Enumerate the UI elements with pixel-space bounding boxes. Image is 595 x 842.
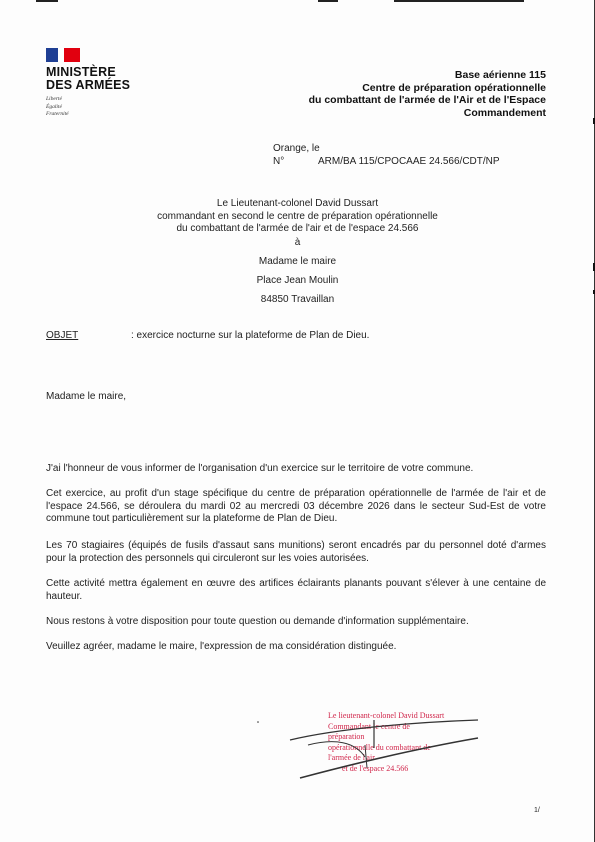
republic-flag-logo — [46, 48, 80, 62]
place-and-reference: Orange, le N°ARM/BA 115/CPOCAAE 24.566/C… — [273, 143, 500, 168]
body-paragraph: Cette activité mettra également en œuvre… — [46, 578, 546, 603]
subject-text: : exercice nocturne sur la plateforme de… — [131, 330, 369, 341]
sender-header: Base aérienne 115 Centre de préparation … — [309, 69, 546, 119]
header-line: Commandement — [309, 107, 546, 120]
body-paragraph: Nous restons à votre disposition pour to… — [46, 616, 546, 629]
handwritten-signature — [250, 700, 480, 780]
subject-line: OBJET: exercice nocturne sur la platefor… — [46, 330, 369, 341]
page-number: 1/ — [534, 807, 540, 814]
ministry-name: MINISTÈRE DES ARMÉES — [46, 66, 130, 92]
header-line: du combattant de l'armée de l'Air et de … — [309, 94, 546, 107]
scan-artifact — [394, 0, 524, 2]
recipient-name: Madame le maire — [0, 256, 595, 267]
sender-line: commandant en second le centre de prépar… — [0, 211, 595, 224]
reference-value: ARM/BA 115/CPOCAAE 24.566/CDT/NP — [318, 156, 500, 167]
scan-artifact — [36, 0, 58, 2]
motto-liberte: Liberté — [46, 96, 69, 104]
reference-label: N° — [273, 156, 318, 169]
motto-fraternite: Fraternité — [46, 111, 69, 119]
sender-block: Le Lieutenant-colonel David Dussart comm… — [0, 198, 595, 236]
recipient-street: Place Jean Moulin — [0, 275, 595, 286]
body-paragraph: J'ai l'honneur de vous informer de l'org… — [46, 463, 546, 476]
recipient-city: 84850 Travaillan — [0, 294, 595, 305]
motto-egalite: Égalité — [46, 104, 69, 112]
header-line: Base aérienne 115 — [309, 69, 546, 82]
to-word: à — [0, 237, 595, 248]
sender-line: du combattant de l'armée de l'air et de … — [0, 223, 595, 236]
republic-motto: Liberté Égalité Fraternité — [46, 96, 69, 119]
salutation: Madame le maire, — [46, 391, 126, 402]
place-date: Orange, le — [273, 143, 500, 156]
reference-number: N°ARM/BA 115/CPOCAAE 24.566/CDT/NP — [273, 156, 500, 169]
sender-line: Le Lieutenant-colonel David Dussart — [0, 198, 595, 211]
body-paragraph: Veuillez agréer, madame le maire, l'expr… — [46, 641, 546, 654]
ministry-line-2: DES ARMÉES — [46, 79, 130, 92]
scan-artifact — [318, 0, 338, 2]
body-paragraph: Cet exercice, au profit d'un stage spéci… — [46, 488, 546, 526]
header-line: Centre de préparation opérationnelle — [309, 82, 546, 95]
subject-label: OBJET — [46, 330, 131, 341]
body-paragraph: Les 70 stagiaires (équipés de fusils d'a… — [46, 540, 546, 565]
